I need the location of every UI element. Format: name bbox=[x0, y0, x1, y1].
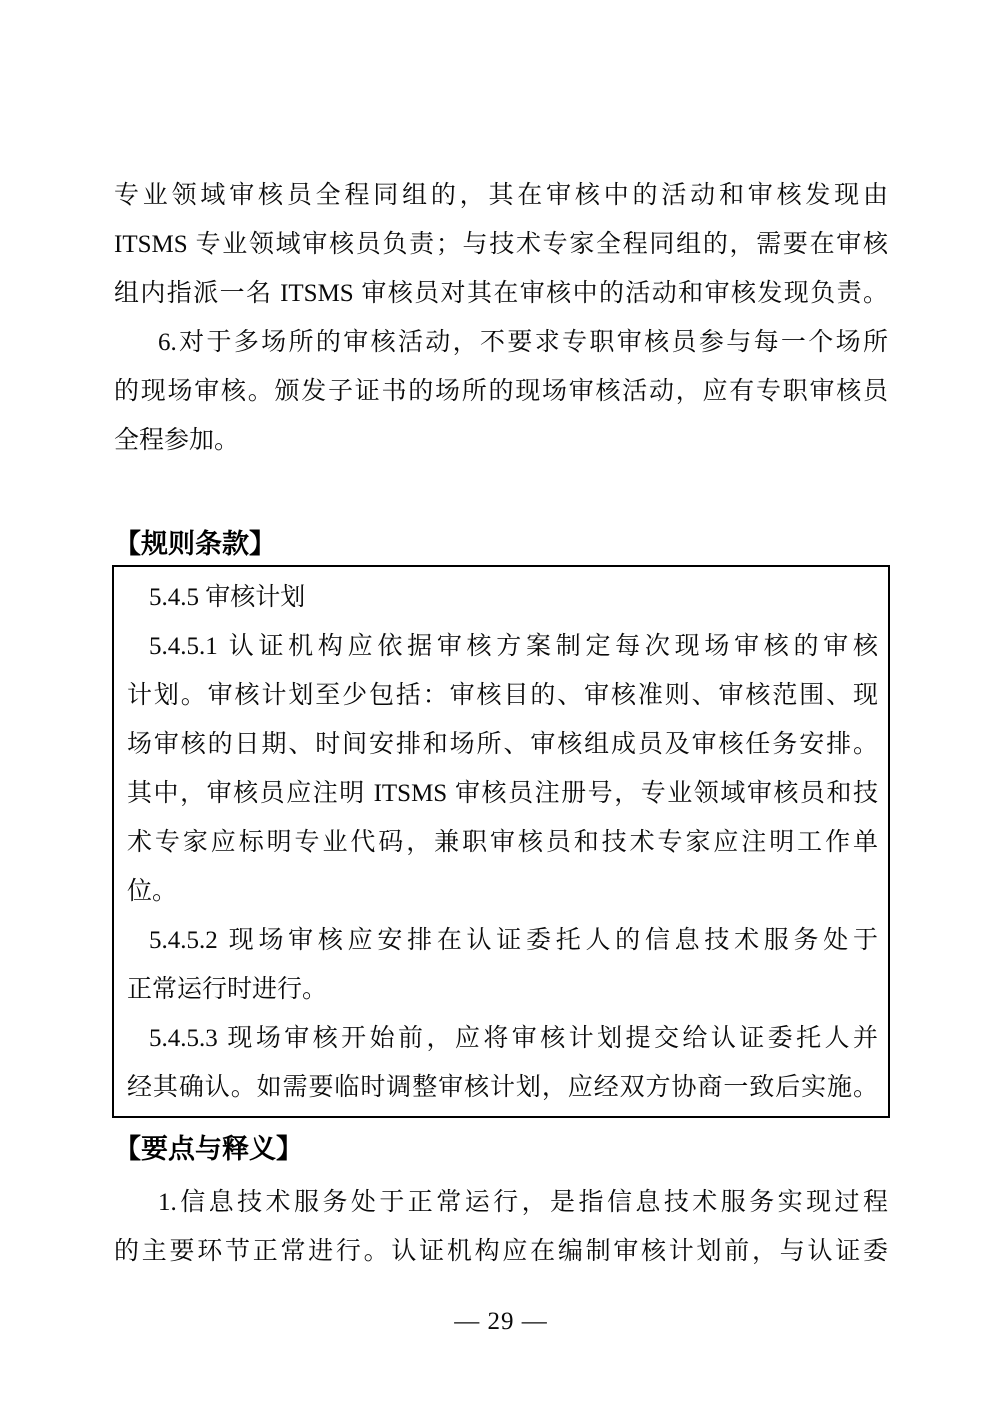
clause-line: 计划。审核计划至少包括：审核目的、审核准则、审核范围、现 bbox=[127, 671, 878, 720]
text-line: 全程参加。 bbox=[114, 416, 888, 465]
clause-line: 场审核的日期、时间安排和场所、审核组成员及审核任务安排。 bbox=[127, 720, 878, 769]
clause-line: 术专家应标明专业代码，兼职审核员和技术专家应注明工作单 bbox=[127, 818, 878, 867]
page-number: — 29 — bbox=[114, 1302, 888, 1342]
text-line: 组内指派一名 ITSMS 审核员对其在审核中的活动和审核发现负责。 bbox=[114, 269, 888, 318]
clause-line: 5.4.5.1 认证机构应依据审核方案制定每次现场审核的审核 bbox=[127, 622, 878, 671]
text-line: 6.对于多场所的审核活动，不要求专职审核员参与每一个场所 bbox=[114, 318, 888, 367]
section-heading-key-points: 【要点与释义】 bbox=[114, 1128, 888, 1170]
document-page: 专业领域审核员全程同组的，其在审核中的活动和审核发现由 ITSMS 专业领域审核… bbox=[0, 0, 1000, 1414]
clause-line: 位。 bbox=[127, 867, 878, 916]
clause-line: 经其确认。如需要临时调整审核计划，应经双方协商一致后实施。 bbox=[127, 1063, 878, 1112]
text-line: 的现场审核。颁发子证书的场所的现场审核活动，应有专职审核员 bbox=[114, 367, 888, 416]
rule-clause-box: 5.4.5 审核计划 5.4.5.1 认证机构应依据审核方案制定每次现场审核的审… bbox=[112, 565, 890, 1118]
text-line: 的主要环节正常进行。认证机构应在编制审核计划前，与认证委 bbox=[114, 1227, 888, 1276]
clause-line: 5.4.5.2 现场审核应安排在认证委托人的信息技术服务处于 bbox=[127, 916, 878, 965]
section-heading-rule-clauses: 【规则条款】 bbox=[114, 523, 888, 565]
clause-line: 5.4.5.3 现场审核开始前，应将审核计划提交给认证委托人并 bbox=[127, 1014, 878, 1063]
text-line: ITSMS 专业领域审核员负责；与技术专家全程同组的，需要在审核 bbox=[114, 220, 888, 269]
clause-line: 其中，审核员应注明 ITSMS 审核员注册号，专业领域审核员和技 bbox=[127, 769, 878, 818]
clause-line: 正常运行时进行。 bbox=[127, 965, 878, 1014]
text-line: 1.信息技术服务处于正常运行，是指信息技术服务实现过程 bbox=[114, 1178, 888, 1227]
text-line: 专业领域审核员全程同组的，其在审核中的活动和审核发现由 bbox=[114, 171, 888, 220]
clause-title-line: 5.4.5 审核计划 bbox=[127, 573, 878, 622]
